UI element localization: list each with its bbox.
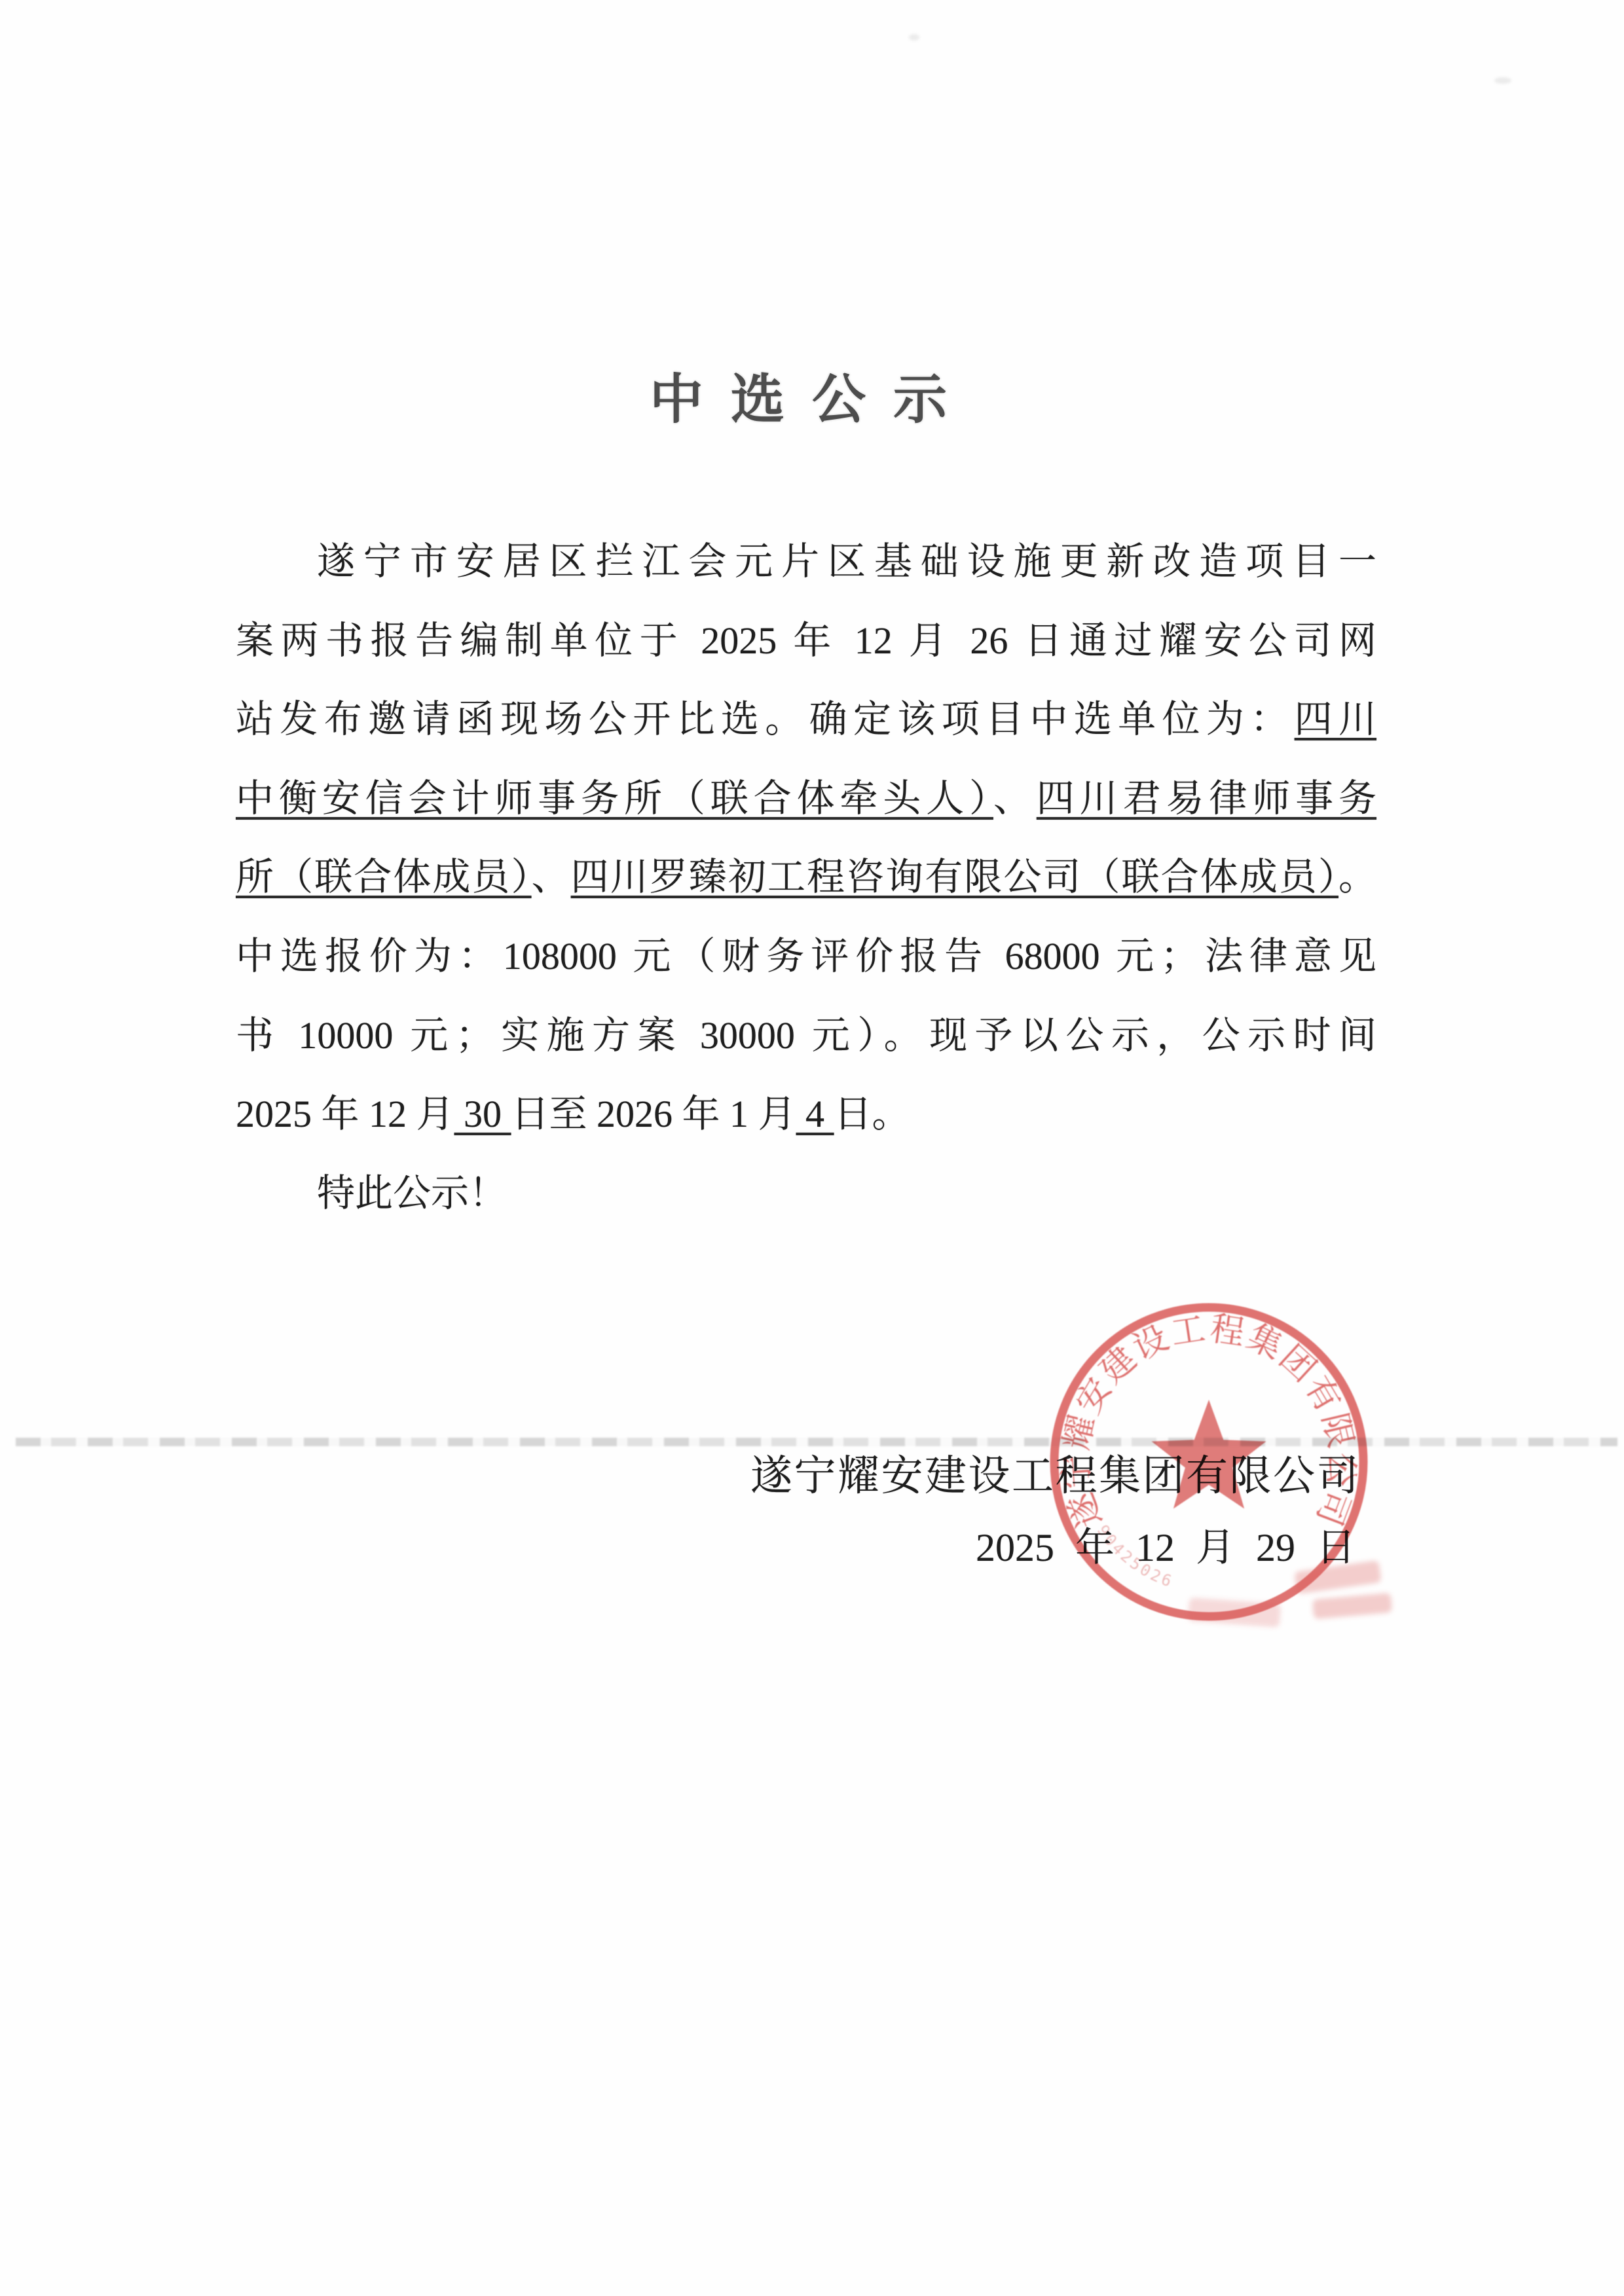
body-line: 2025 年 12 月 30 日至 2026 年 1 月 4 日。 bbox=[236, 1075, 1376, 1154]
page-title: 中选公示 bbox=[0, 364, 1624, 436]
scanned-announcement-page: 中选公示 遂宁市安居区拦江会元片区基础设施更新改造项目一 案两书报告编制单位于 … bbox=[0, 0, 1624, 2296]
winning-bidder-name: 四川罗臻初工程咨询有限公司（联合体成员） bbox=[571, 856, 1338, 898]
body-line: 站发布邀请函现场公开比选。确定该项目中选单位为：四川 bbox=[236, 680, 1376, 759]
winning-bidder-name: 四川君易律师事务 bbox=[1037, 777, 1376, 820]
scan-speck bbox=[1494, 77, 1511, 84]
publicity-end-day: 4 bbox=[796, 1093, 834, 1135]
body-line: 特此公示！ bbox=[236, 1154, 1376, 1233]
body-text: 2025 年 12 月 bbox=[236, 1093, 454, 1135]
body-paragraph: 遂宁市安居区拦江会元片区基础设施更新改造项目一 案两书报告编制单位于 2025 … bbox=[236, 522, 1376, 1233]
winning-bidder-name: 中衡安信会计师事务所（联合体牵头人） bbox=[236, 777, 993, 820]
body-text: 日至 2026 年 1 月 bbox=[511, 1093, 796, 1135]
seal-star-icon bbox=[1152, 1400, 1266, 1508]
scan-artifact-line bbox=[16, 1438, 1617, 1446]
scan-speck bbox=[909, 34, 919, 41]
winning-bidder-name: 四川 bbox=[1295, 698, 1376, 740]
body-text: 、 bbox=[532, 856, 571, 898]
winning-bidder-name: 所（联合体成员） bbox=[236, 856, 532, 898]
body-text: 、 bbox=[993, 777, 1037, 820]
publicity-start-day: 30 bbox=[454, 1093, 511, 1135]
body-text: 站发布邀请函现场公开比选。确定该项目中选单位为： bbox=[236, 698, 1295, 740]
body-line: 中选报价为：108000 元（财务评价报告 68000 元；法律意见 bbox=[236, 917, 1376, 996]
body-text: 日。 bbox=[834, 1093, 910, 1135]
body-line: 遂宁市安居区拦江会元片区基础设施更新改造项目一 bbox=[236, 522, 1376, 602]
body-line: 中衡安信会计师事务所（联合体牵头人）、四川君易律师事务 bbox=[236, 759, 1376, 839]
body-line: 书 10000 元；实施方案 30000 元）。现予以公示，公示时间 bbox=[236, 996, 1376, 1076]
body-line: 所（联合体成员）、四川罗臻初工程咨询有限公司（联合体成员）。 bbox=[236, 838, 1376, 917]
body-line: 案两书报告编制单位于 2025 年 12 月 26 日通过耀安公司网 bbox=[236, 602, 1376, 681]
body-text: 。 bbox=[1338, 856, 1376, 898]
